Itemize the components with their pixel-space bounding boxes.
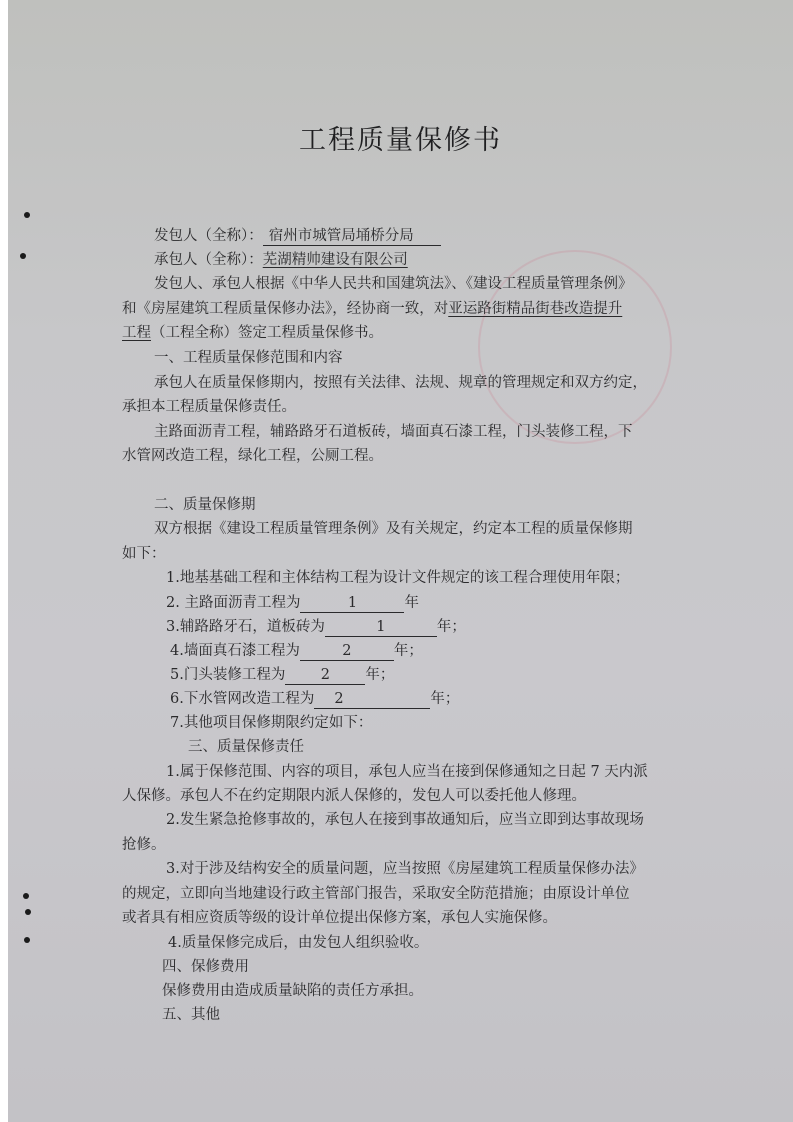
binding-hole (20, 253, 26, 259)
section4-text: 保修费用由造成质量缺陷的责任方承担。 (162, 981, 423, 1001)
intro-line-1: 发包人、承包人根据《中华人民共和国建筑法》、《建设工程质量管理条例》 (154, 274, 633, 294)
warranty-item-2: 2. 主路面沥青工程为1年 (166, 593, 419, 613)
section3-item1-line1: 1.属于保修范围、内容的项目，承包人应当在接到保修通知之日起 7 天内派 (166, 762, 648, 782)
section3-item3-line3: 或者具有相应资质等级的设计单位提出保修方案，承包人实施保修。 (122, 908, 557, 928)
warranty-item-5: 5.门头装修工程为2年； (170, 665, 394, 685)
binding-hole (24, 937, 30, 943)
warranty-period-value: 2 (285, 667, 365, 685)
warranty-period-value: 2 (300, 643, 394, 661)
project-name: 亚运路街精品街巷改造提升 (448, 301, 622, 317)
warranty-item-1: 1.地基基础工程和主体结构工程为设计文件规定的该工程合理使用年限； (166, 568, 629, 588)
employer-label: 发包人（全称）： (154, 228, 263, 244)
document-page: 工程质量保修书 发包人（全称）：宿州市城管局埇桥分局 承包人（全称）：芜湖精帅建… (8, 0, 793, 1122)
intro-line-3: 工程（工程全称）签定工程质量保修书。 (122, 323, 383, 343)
binding-hole (25, 909, 31, 915)
section1-para1-line2: 承担本工程质量保修责任。 (122, 397, 296, 417)
contractor-line: 承包人（全称）：芜湖精帅建设有限公司 (154, 250, 408, 270)
contractor-label: 承包人（全称）： (154, 252, 263, 268)
section1-para2-line2: 水管网改造工程，绿化工程，公厕工程。 (122, 446, 383, 466)
employer-line: 发包人（全称）：宿州市城管局埇桥分局 (154, 226, 441, 246)
section1-para1-line1: 承包人在质量保修期内，按照有关法律、法规、规章的管理规定和双方约定， (154, 373, 647, 393)
section3-heading: 三、质量保修责任 (188, 737, 304, 757)
warranty-period-value: 1 (325, 619, 437, 637)
section2-intro-line2: 如下： (122, 544, 166, 564)
section3-item2-line1: 2.发生紧急抢修事故的，承包人在接到事故通知后，应当立即到达事故现场 (166, 810, 644, 830)
warranty-item-7: 7.其他项目保修期限约定如下： (170, 713, 372, 733)
section5-heading: 五、其他 (162, 1005, 220, 1025)
warranty-item-4: 4.墙面真石漆工程为2年； (170, 641, 423, 661)
section3-item2-line2: 抢修。 (122, 835, 166, 855)
document-title: 工程质量保修书 (8, 118, 793, 157)
section1-para2-line1: 主路面沥青工程，辅路路牙石道板砖，墙面真石漆工程，门头装修工程，下 (154, 422, 633, 442)
section3-item3-line2: 的规定，立即向当地建设行政主管部门报告，采取安全防范措施；由原设计单位 (122, 884, 630, 904)
section1-heading: 一、工程质量保修范围和内容 (154, 348, 343, 368)
warranty-item-3: 3.辅路路牙石，道板砖为1年； (166, 617, 466, 637)
section3-item3-line1: 3.对于涉及结构安全的质量问题，应当按照《房屋建筑工程质量保修办法》 (166, 859, 644, 879)
intro-line-2: 和《房屋建筑工程质量保修办法》，经协商一致，对亚运路街精品街巷改造提升 (122, 299, 622, 319)
project-name-cont: 工程 (122, 325, 151, 341)
employer-value: 宿州市城管局埇桥分局 (263, 228, 441, 246)
binding-hole (23, 893, 29, 899)
warranty-period-value: 2 (314, 691, 430, 709)
binding-hole (24, 212, 30, 218)
contractor-value: 芜湖精帅建设有限公司 (263, 252, 408, 268)
section4-heading: 四、保修费用 (162, 957, 249, 977)
warranty-item-6: 6.下水管网改造工程为2年； (170, 689, 459, 709)
section3-item1-line2: 人保修。承包人不在约定期限内派人保修的，发包人可以委托他人修理。 (122, 786, 586, 806)
section2-heading: 二、质量保修期 (154, 495, 256, 515)
warranty-period-value: 1 (300, 595, 404, 613)
section2-intro-line1: 双方根据《建设工程质量管理条例》及有关规定，约定本工程的质量保修期 (154, 519, 633, 539)
section3-item4: 4.质量保修完成后，由发包人组织验收。 (168, 933, 428, 953)
